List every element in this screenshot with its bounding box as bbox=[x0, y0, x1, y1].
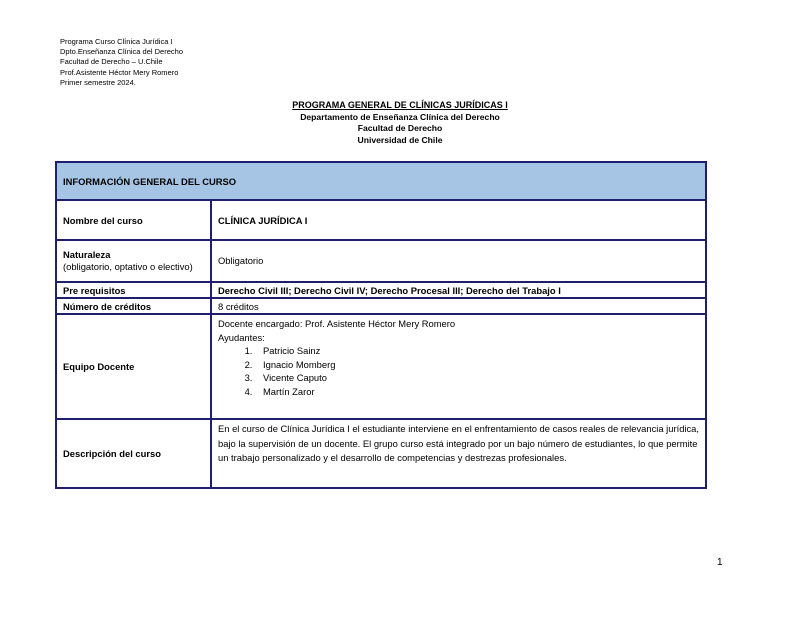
document-title: PROGRAMA GENERAL DE CLÍNICAS JURÍDICAS I bbox=[0, 100, 800, 112]
table-row: Pre requisitos Derecho Civil III; Derech… bbox=[56, 282, 706, 298]
list-item: Martín Zaror bbox=[255, 385, 699, 399]
table-row: Número de créditos 8 créditos bbox=[56, 298, 706, 314]
header-line: Dpto.Enseñanza Clínica del Derecho bbox=[60, 47, 183, 57]
description-value: En el curso de Clínica Jurídica I el est… bbox=[211, 419, 706, 488]
nature-label: Naturaleza bbox=[63, 249, 204, 261]
nature-label-cell: Naturaleza (obligatorio, optativo o elec… bbox=[56, 240, 211, 282]
teaching-team-value: Docente encargado: Prof. Asistente Hécto… bbox=[211, 314, 706, 419]
prerequisites-label: Pre requisitos bbox=[56, 282, 211, 298]
nature-value: Obligatorio bbox=[211, 240, 706, 282]
table-header-row: INFORMACIÓN GENERAL DEL CURSO bbox=[56, 162, 706, 200]
header-line: Facultad de Derecho – U.Chile bbox=[60, 57, 183, 67]
department-subtitle: Departamento de Enseñanza Clínica del De… bbox=[0, 112, 800, 124]
table-header: INFORMACIÓN GENERAL DEL CURSO bbox=[56, 162, 706, 200]
assistants-label: Ayudantes: bbox=[218, 331, 699, 345]
table-row: Nombre del curso CLÍNICA JURÍDICA I bbox=[56, 200, 706, 240]
document-header: Programa Curso Clínica Jurídica I Dpto.E… bbox=[60, 37, 183, 88]
title-block: PROGRAMA GENERAL DE CLÍNICAS JURÍDICAS I… bbox=[0, 100, 800, 146]
teaching-team-label: Equipo Docente bbox=[56, 314, 211, 419]
header-line: Prof.Asistente Héctor Mery Romero bbox=[60, 68, 183, 78]
nature-label-note: (obligatorio, optativo o electivo) bbox=[63, 261, 204, 273]
header-line: Programa Curso Clínica Jurídica I bbox=[60, 37, 183, 47]
credits-label: Número de créditos bbox=[56, 298, 211, 314]
credits-value: 8 créditos bbox=[211, 298, 706, 314]
table-row: Equipo Docente Docente encargado: Prof. … bbox=[56, 314, 706, 419]
lead-teacher: Docente encargado: Prof. Asistente Hécto… bbox=[218, 317, 699, 331]
list-item: Vicente Caputo bbox=[255, 371, 699, 385]
prerequisites-value: Derecho Civil III; Derecho Civil IV; Der… bbox=[211, 282, 706, 298]
table-row: Naturaleza (obligatorio, optativo o elec… bbox=[56, 240, 706, 282]
university-subtitle: Universidad de Chile bbox=[0, 135, 800, 147]
course-name-value: CLÍNICA JURÍDICA I bbox=[211, 200, 706, 240]
table-row: Descripción del curso En el curso de Clí… bbox=[56, 419, 706, 488]
faculty-subtitle: Facultad de Derecho bbox=[0, 123, 800, 135]
assistants-list: Patricio Sainz Ignacio Momberg Vicente C… bbox=[218, 344, 699, 398]
page-number: 1 bbox=[717, 557, 723, 568]
course-name-label: Nombre del curso bbox=[56, 200, 211, 240]
course-info-table: INFORMACIÓN GENERAL DEL CURSO Nombre del… bbox=[55, 161, 707, 489]
header-line: Primer semestre 2024. bbox=[60, 78, 183, 88]
description-label: Descripción del curso bbox=[56, 419, 211, 488]
list-item: Patricio Sainz bbox=[255, 344, 699, 358]
list-item: Ignacio Momberg bbox=[255, 358, 699, 372]
